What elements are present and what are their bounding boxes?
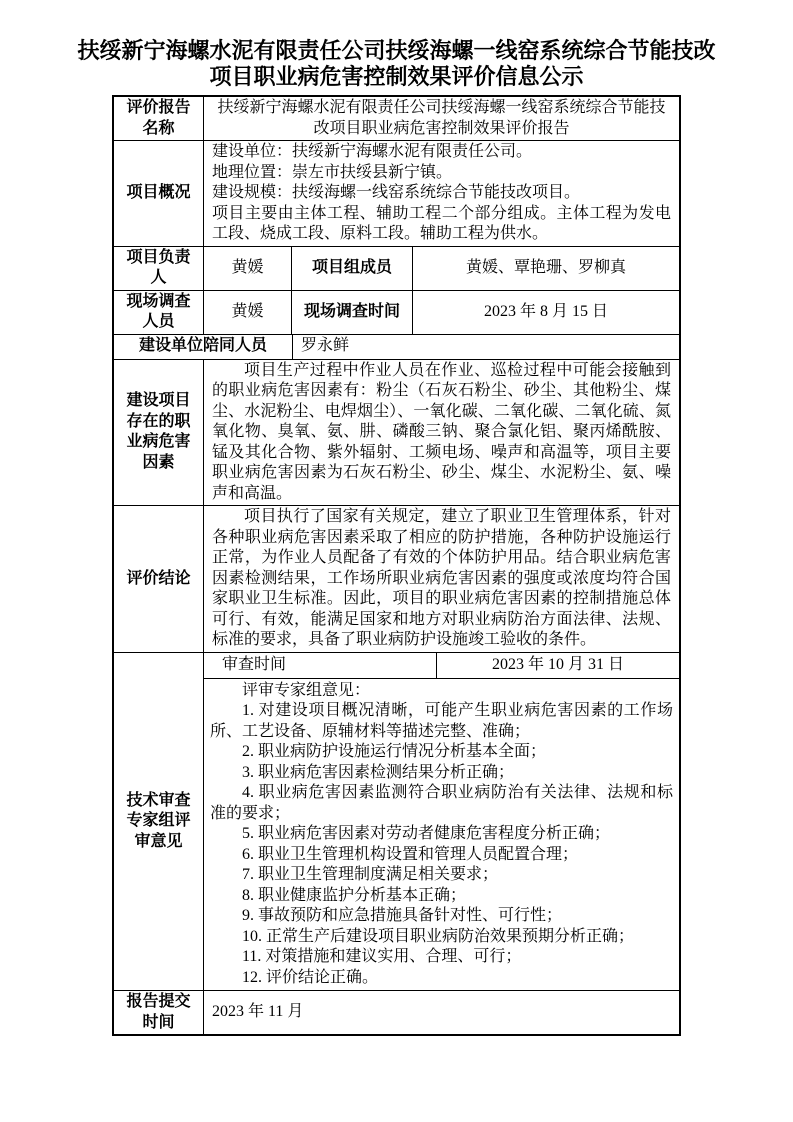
conclusion-value: 项目执行了国家有关规定，建立了职业卫生管理体系，针对各种职业病危害因素采取了相应… (203, 506, 679, 652)
overview-line: 建设规模：扶绥海螺一线窑系统综合节能技改项目。 (212, 183, 671, 204)
overview-line: 项目主要由主体工程、辅助工程二个部分组成。主体工程为发电工段、烧成工段、原料工段… (212, 204, 671, 245)
review-time-label: 审查时间 (204, 653, 436, 678)
opinion-item: 9. 事故预防和应急措施具备针对性、可行性； (210, 906, 673, 927)
tech-review-content: 审查时间 2023 年 10 月 31 日 评审专家组意见： 1. 对建设项目概… (203, 653, 679, 991)
project-leader-label: 项目负责人 (114, 247, 203, 290)
row-report-name: 评价报告名称 扶绥新宁海螺水泥有限责任公司扶绥海螺一线窑系统综合节能技改项目职业… (114, 97, 679, 140)
report-submit-label: 报告提交时间 (114, 991, 203, 1034)
row-accompanying: 建设单位陪同人员 罗永鲜 (114, 334, 679, 359)
opinion-item: 3. 职业病危害因素检测结果分析正确； (210, 763, 673, 784)
tech-review-label: 技术审查专家组评审意见 (114, 653, 203, 991)
document-title: 扶绥新宁海螺水泥有限责任公司扶绥海螺一线窑系统综合节能技改 项目职业病危害控制效… (8, 38, 785, 90)
overview-line: 建设单位：扶绥新宁海螺水泥有限责任公司。 (212, 142, 671, 163)
row-hazard-factors: 建设项目存在的职业病危害因素 项目生产过程中作业人员在作业、巡检过程中可能会接触… (114, 359, 679, 506)
opinion-item: 4. 职业病危害因素监测符合职业病防治有关法律、法规和标准的要求； (210, 783, 673, 824)
hazard-factors-value: 项目生产过程中作业人员在作业、巡检过程中可能会接触到的职业病危害因素有：粉尘（石… (203, 360, 679, 506)
opinion-item: 6. 职业卫生管理机构设置和管理人员配置合理； (210, 845, 673, 866)
site-survey-staff-value: 黄媛 (203, 291, 291, 334)
project-team-value: 黄媛、覃艳珊、罗柳真 (412, 247, 679, 290)
site-survey-staff-label: 现场调查人员 (114, 291, 203, 334)
row-tech-review: 技术审查专家组评审意见 审查时间 2023 年 10 月 31 日 评审专家组意… (114, 652, 679, 991)
opinion-item: 5. 职业病危害因素对劳动者健康危害程度分析正确； (210, 824, 673, 845)
report-name-value: 扶绥新宁海螺水泥有限责任公司扶绥海螺一线窑系统综合节能技改项目职业病危害控制效果… (203, 97, 679, 140)
report-name-label: 评价报告名称 (114, 97, 203, 140)
site-survey-time-value: 2023 年 8 月 15 日 (412, 291, 679, 334)
accompanying-label: 建设单位陪同人员 (114, 335, 292, 359)
row-site-survey: 现场调查人员 黄媛 现场调查时间 2023 年 8 月 15 日 (114, 290, 679, 334)
row-conclusion: 评价结论 项目执行了国家有关规定，建立了职业卫生管理体系，针对各种职业病危害因素… (114, 505, 679, 652)
document-page: 扶绥新宁海螺水泥有限责任公司扶绥海螺一线窑系统综合节能技改 项目职业病危害控制效… (0, 0, 793, 1122)
project-team-label: 项目组成员 (291, 247, 412, 290)
row-project-leader: 项目负责人 黄媛 项目组成员 黄媛、覃艳珊、罗柳真 (114, 246, 679, 290)
opinion-item: 12. 评价结论正确。 (210, 968, 673, 989)
review-time-row: 审查时间 2023 年 10 月 31 日 (204, 653, 679, 679)
overview-line: 地理位置：崇左市扶绥县新宁镇。 (212, 163, 671, 184)
hazard-factors-paragraph: 项目生产过程中作业人员在作业、巡检过程中可能会接触到的职业病危害因素有：粉尘（石… (212, 361, 671, 505)
row-project-overview: 项目概况 建设单位：扶绥新宁海螺水泥有限责任公司。地理位置：崇左市扶绥县新宁镇。… (114, 140, 679, 246)
conclusion-label: 评价结论 (114, 506, 203, 652)
review-opinions-list: 1. 对建设项目概况清晰，可能产生职业病危害因素的工作场所、工艺设备、原辅材料等… (210, 701, 673, 988)
project-leader-value: 黄媛 (203, 247, 291, 290)
site-survey-time-label: 现场调查时间 (291, 291, 412, 334)
opinion-item: 2. 职业病防护设施运行情况分析基本全面； (210, 742, 673, 763)
conclusion-paragraph: 项目执行了国家有关规定，建立了职业卫生管理体系，针对各种职业病危害因素采取了相应… (212, 507, 671, 651)
opinion-item: 11. 对策措施和建议实用、合理、可行； (210, 947, 673, 968)
report-submit-value: 2023 年 11 月 (203, 991, 679, 1034)
opinion-item: 8. 职业健康监护分析基本正确； (210, 886, 673, 907)
hazard-factors-label: 建设项目存在的职业病危害因素 (114, 360, 203, 506)
document-title-line2: 项目职业病危害控制效果评价信息公示 (8, 64, 785, 90)
review-opinions: 评审专家组意见： 1. 对建设项目概况清晰，可能产生职业病危害因素的工作场所、工… (204, 679, 679, 991)
review-time-value: 2023 年 10 月 31 日 (436, 653, 679, 678)
accompanying-value: 罗永鲜 (292, 335, 679, 359)
document-title-line1: 扶绥新宁海螺水泥有限责任公司扶绥海螺一线窑系统综合节能技改 (8, 38, 785, 64)
project-overview-value: 建设单位：扶绥新宁海螺水泥有限责任公司。地理位置：崇左市扶绥县新宁镇。建设规模：… (203, 141, 679, 246)
row-report-submit: 报告提交时间 2023 年 11 月 (114, 990, 679, 1034)
review-opinions-heading: 评审专家组意见： (210, 681, 673, 702)
info-table: 评价报告名称 扶绥新宁海螺水泥有限责任公司扶绥海螺一线窑系统综合节能技改项目职业… (112, 95, 681, 1036)
opinion-item: 10. 正常生产后建设项目职业病防治效果预期分析正确； (210, 927, 673, 948)
project-overview-label: 项目概况 (114, 141, 203, 246)
opinion-item: 7. 职业卫生管理制度满足相关要求； (210, 865, 673, 886)
opinion-item: 1. 对建设项目概况清晰，可能产生职业病危害因素的工作场所、工艺设备、原辅材料等… (210, 701, 673, 742)
